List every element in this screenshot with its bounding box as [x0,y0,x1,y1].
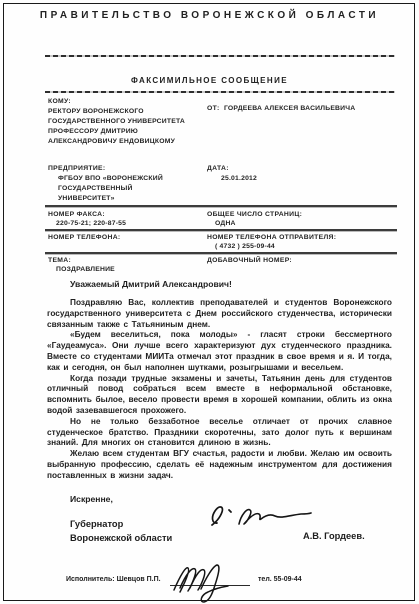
enterprise-value: ФГБОУ ВПО «ВОРОНЕЖСКИЙ ГОСУДАРСТВЕННЫЙ У… [48,174,183,204]
to-label: КОМУ: [48,97,188,106]
date-label: ДАТА: [207,164,397,173]
fax-number-label: НОМЕР ФАКСА: [48,210,198,219]
signer-position-line1: Губернатор [70,518,172,532]
to-value: РЕКТОРУ ВОРОНЕЖСКОГО ГОСУДАРСТВЕННОГО УН… [48,107,188,147]
subject-label: ТЕМА: [48,256,198,265]
divider-fax-row [45,205,397,207]
date-value: 25.01.2012 [207,174,397,184]
sender-phone-label: НОМЕР ТЕЛЕФОНА ОТПРАВИТЕЛЯ: [207,233,402,242]
field-extension: ДОБАВОЧНЫЙ НОМЕР: [207,256,397,265]
pages-label: ОБЩЕЕ ЧИСЛО СТРАНИЦ: [207,210,397,219]
organization-title: ПРАВИТЕЛЬСТВО ВОРОНЕЖСКОЙ ОБЛАСТИ [0,10,419,21]
field-fax-number: НОМЕР ФАКСА: 220-75-21; 220-87-55 [48,210,198,229]
divider-under-title [45,91,395,93]
paragraph-1: Поздравляю Вас, коллектив преподавателей… [47,297,392,329]
paragraph-4: Но не только беззаботное веселье отличае… [47,416,392,448]
divider-top [45,55,395,57]
salutation: Уважаемый Дмитрий Александрович! [70,279,232,289]
extension-label: ДОБАВОЧНЫЙ НОМЕР: [207,256,397,265]
field-to: КОМУ: РЕКТОРУ ВОРОНЕЖСКОГО ГОСУДАРСТВЕНН… [48,97,188,147]
pages-value: ОДНА [207,219,397,229]
executor-signature [168,558,248,604]
document-title: ФАКСИМИЛЬНОЕ СООБЩЕНИЕ [0,76,419,85]
governor-signature [203,497,318,533]
fax-number-value: 220-75-21; 220-87-55 [48,219,198,229]
field-subject: ТЕМА: ПОЗДРАВЛЕНИЕ [48,256,198,275]
signer-name: А.В. Гордеев. [303,531,365,541]
letter-body: Поздравляю Вас, коллектив преподавателей… [47,297,392,481]
paragraph-3: Когда позади трудные экзамены и зачеты, … [47,373,392,416]
sender-phone-value: ( 4732 ) 255-09-44 [207,242,402,252]
paragraph-2: «Будем веселиться, пока молоды» - гласят… [47,329,392,372]
from-value: ГОРДЕЕВА АЛЕКСЕЯ ВАСИЛЬЕВИЧА [224,105,355,112]
fax-document-page: ПРАВИТЕЛЬСТВО ВОРОНЕЖСКОЙ ОБЛАСТИ ФАКСИМ… [0,0,419,604]
enterprise-label: ПРЕДПРИЯТИЕ: [48,164,193,173]
field-date: ДАТА: 25.01.2012 [207,164,397,184]
field-enterprise: ПРЕДПРИЯТИЕ: ФГБОУ ВПО «ВОРОНЕЖСКИЙ ГОСУ… [48,164,193,204]
divider-phone-row [45,229,397,231]
field-sender-phone: НОМЕР ТЕЛЕФОНА ОТПРАВИТЕЛЯ: ( 4732 ) 255… [207,233,402,252]
field-from: ОТ: ГОРДЕЕВА АЛЕКСЕЯ ВАСИЛЬЕВИЧА [207,97,402,115]
executor-label: Исполнитель: Шевцов П.П. [66,576,161,583]
subject-value: ПОЗДРАВЛЕНИЕ [48,265,198,275]
phone-label: НОМЕР ТЕЛЕФОНА: [48,233,198,242]
field-pages: ОБЩЕЕ ЧИСЛО СТРАНИЦ: ОДНА [207,210,397,229]
divider-subject-row [45,252,397,254]
closing: Искренне, [70,494,113,504]
paragraph-5: Желаю всем студентам ВГУ счастья, радост… [47,448,392,480]
from-label: ОТ: [207,105,220,112]
field-phone: НОМЕР ТЕЛЕФОНА: [48,233,198,242]
signer-position-line2: Воронежской области [70,532,172,546]
executor-phone: тел. 55-09-44 [258,576,302,583]
signer-position: Губернатор Воронежской области [70,518,172,545]
